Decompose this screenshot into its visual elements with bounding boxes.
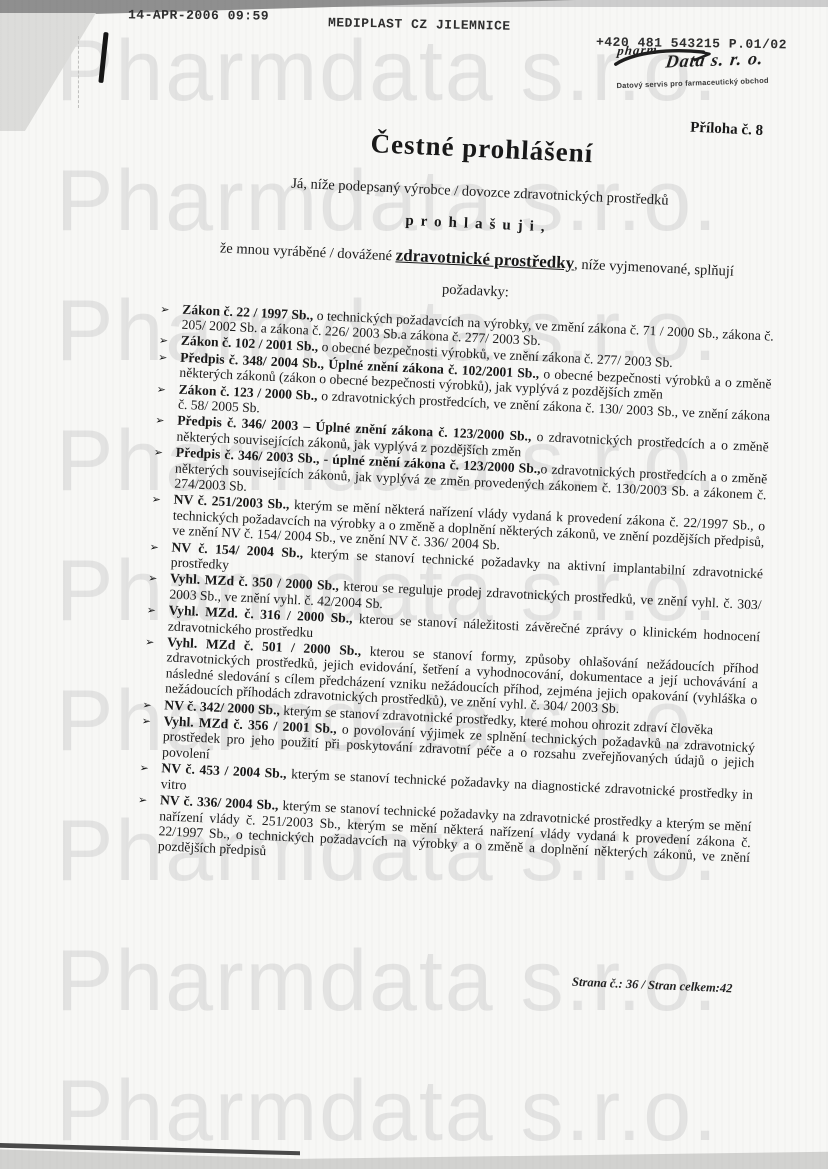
bullet-arrow-icon: ➢	[153, 445, 163, 461]
scan-edge-top-dark	[0, 0, 575, 20]
watermark-text: Pharmdata s.r.o.	[56, 1068, 719, 1154]
bullet-arrow-icon: ➢	[156, 381, 166, 397]
bullet-arrow-icon: ➢	[146, 603, 156, 619]
scanned-fax-page: Pharmdata s.r.o.Pharmdata s.r.o.Pharmdat…	[0, 0, 828, 1169]
pharmdata-stamp: pharm Data s. r. o. Datový servis pro fa…	[611, 37, 803, 102]
stamp-word-data: Data s. r. o.	[664, 48, 765, 73]
intro-line-2-highlight: zdravotnické prostředky	[395, 245, 574, 272]
law-list: ➢Zákon č. 22 / 1997 Sb., o technických p…	[136, 300, 774, 881]
bullet-arrow-icon: ➢	[142, 697, 152, 713]
stamp-caption: Datový servis pro farmaceutický obchod	[616, 76, 768, 90]
pen-mark	[98, 32, 108, 83]
bullet-arrow-icon: ➢	[141, 713, 151, 729]
bullet-arrow-icon: ➢	[139, 761, 149, 777]
bullet-arrow-icon: ➢	[145, 634, 155, 650]
intro-line-2-post: , níže vyjmenované, splňují	[574, 256, 734, 279]
bullet-arrow-icon: ➢	[138, 792, 148, 808]
bullet-arrow-icon: ➢	[158, 349, 168, 365]
bullet-arrow-icon: ➢	[160, 301, 170, 317]
pen-dotted-mark	[78, 36, 79, 108]
document-body: Příloha č. 8 Čestné prohlášení Já, níže …	[136, 96, 798, 882]
bullet-arrow-icon: ➢	[149, 539, 159, 555]
scan-edge-top	[0, 0, 828, 7]
scan-edge-topleft	[0, 13, 96, 131]
bullet-arrow-icon: ➢	[151, 492, 161, 508]
bullet-arrow-icon: ➢	[148, 571, 158, 587]
scan-edge-bottom	[0, 1145, 828, 1169]
scan-edge-bottom-line	[0, 1141, 300, 1158]
bullet-arrow-icon: ➢	[159, 333, 169, 349]
fax-datetime: 14-APR-2006 09:59	[128, 7, 269, 23]
page-counter: Strana č.: 36 / Stran celkem:42	[572, 975, 733, 997]
bullet-arrow-icon: ➢	[155, 413, 165, 429]
intro-line-2-pre: že mnou vyráběné / dovážené	[220, 240, 396, 264]
fax-sender-name: MEDIPLAST CZ JILEMNICE	[328, 15, 511, 34]
